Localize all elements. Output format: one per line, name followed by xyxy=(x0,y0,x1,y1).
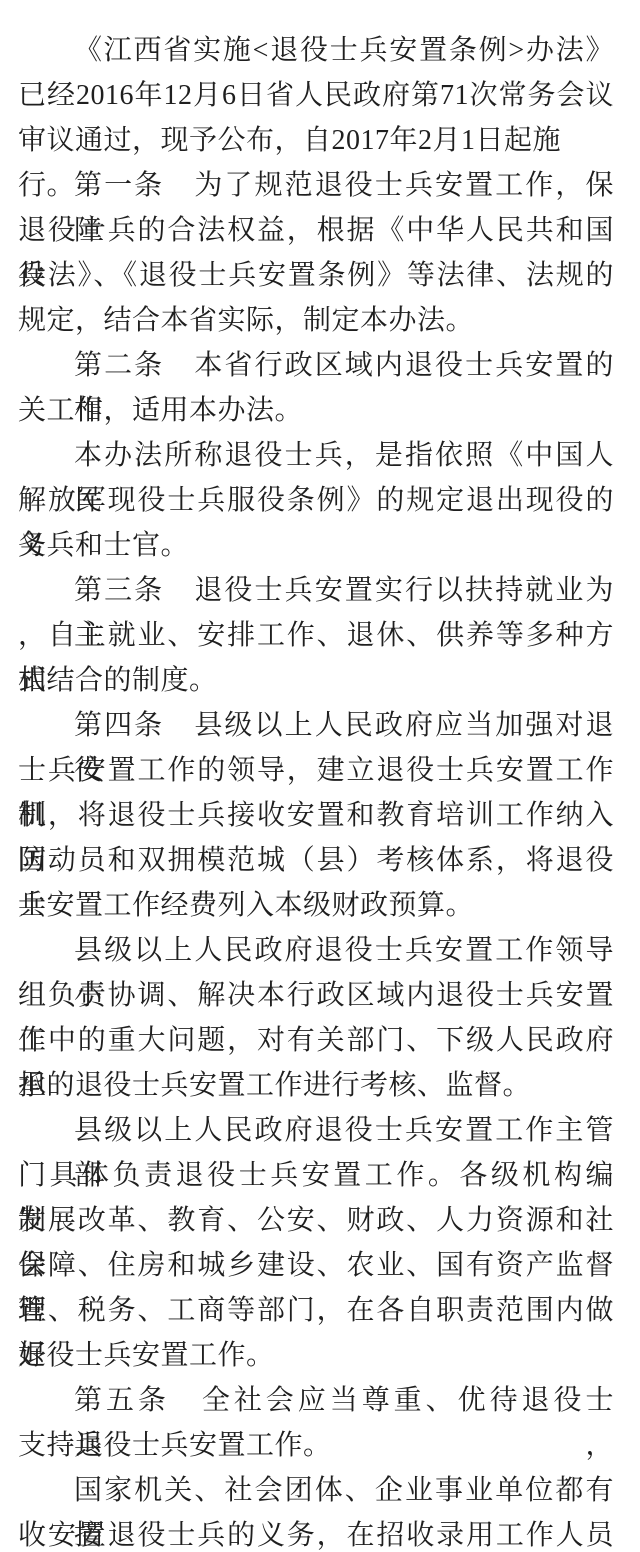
text-line: 已经2016年12月6日省人民政府第71次常务会议 xyxy=(18,73,614,118)
text-line: 《江西省实施<退役士兵安置条例>办法》 xyxy=(18,28,614,73)
text-line: 第三条 退役士兵安置实行以扶持就业为主 xyxy=(18,568,614,613)
text-line: 第四条 县级以上人民政府应当加强对退役 xyxy=(18,703,614,748)
text-line: 相结合的制度。 xyxy=(18,658,614,703)
text-line: 役法》、《退役士兵安置条例》等法律、法规的 xyxy=(18,253,614,298)
document-page: 《江西省实施<退役士兵安置条例>办法》 已经2016年12月6日省人民政府第71… xyxy=(0,0,640,1552)
text-line: 审议通过，现予公布，自2017年2月1日起施行。 xyxy=(18,118,614,163)
text-line: 士兵安置工作的领导，建立退役士兵安置工作机 xyxy=(18,748,614,793)
text-line: 门具体负责退役士兵安置工作。各级机构编制、 xyxy=(18,1153,614,1198)
text-line: 收安置退役士兵的义务，在招收录用工作人员或 xyxy=(18,1513,614,1552)
text-line: 本办法所称退役士兵，是指依照《中国人民 xyxy=(18,433,614,478)
text-line: ，自主就业、安排工作、退休、供养等多种方式 xyxy=(18,613,614,658)
text-line: 规定，结合本省实际，制定本办法。 xyxy=(18,298,614,343)
text-line: 保障、住房和城乡建设、农业、国有资产监督管 xyxy=(18,1243,614,1288)
text-line: 国家机关、社会团体、企业事业单位都有接 xyxy=(18,1468,614,1513)
text-line: 担的退役士兵安置工作进行考核、监督。 xyxy=(18,1063,614,1108)
text-line: 防动员和双拥模范城（县）考核体系，将退役士 xyxy=(18,838,614,883)
text-line: 组负责协调、解决本行政区域内退役士兵安置工 xyxy=(18,973,614,1018)
text-line: 解放军现役士兵服役条例》的规定退出现役的义 xyxy=(18,478,614,523)
text-line: 县级以上人民政府退役士兵安置工作主管部 xyxy=(18,1108,614,1153)
text-line: 关工作，适用本办法。 xyxy=(18,388,614,433)
text-line: 第一条 为了规范退役士兵安置工作，保障 xyxy=(18,163,614,208)
text-line: 第五条 全社会应当尊重、优待退役士兵， xyxy=(18,1378,614,1423)
text-line: 第二条 本省行政区域内退役士兵安置的相 xyxy=(18,343,614,388)
text-line: 兵安置工作经费列入本级财政预算。 xyxy=(18,883,614,928)
text-line: 退役士兵的合法权益，根据《中华人民共和国兵 xyxy=(18,208,614,253)
text-line: 作中的重大问题，对有关部门、下级人民政府承 xyxy=(18,1018,614,1063)
text-line: 务兵和士官。 xyxy=(18,523,614,568)
text-line: 发展改革、教育、公安、财政、人力资源和社会 xyxy=(18,1198,614,1243)
text-line: 理、税务、工商等部门，在各自职责范围内做好 xyxy=(18,1288,614,1333)
text-line: 制，将退役士兵接收安置和教育培训工作纳入国 xyxy=(18,793,614,838)
text-line: 退役士兵安置工作。 xyxy=(18,1333,614,1378)
text-line: 县级以上人民政府退役士兵安置工作领导小 xyxy=(18,928,614,973)
